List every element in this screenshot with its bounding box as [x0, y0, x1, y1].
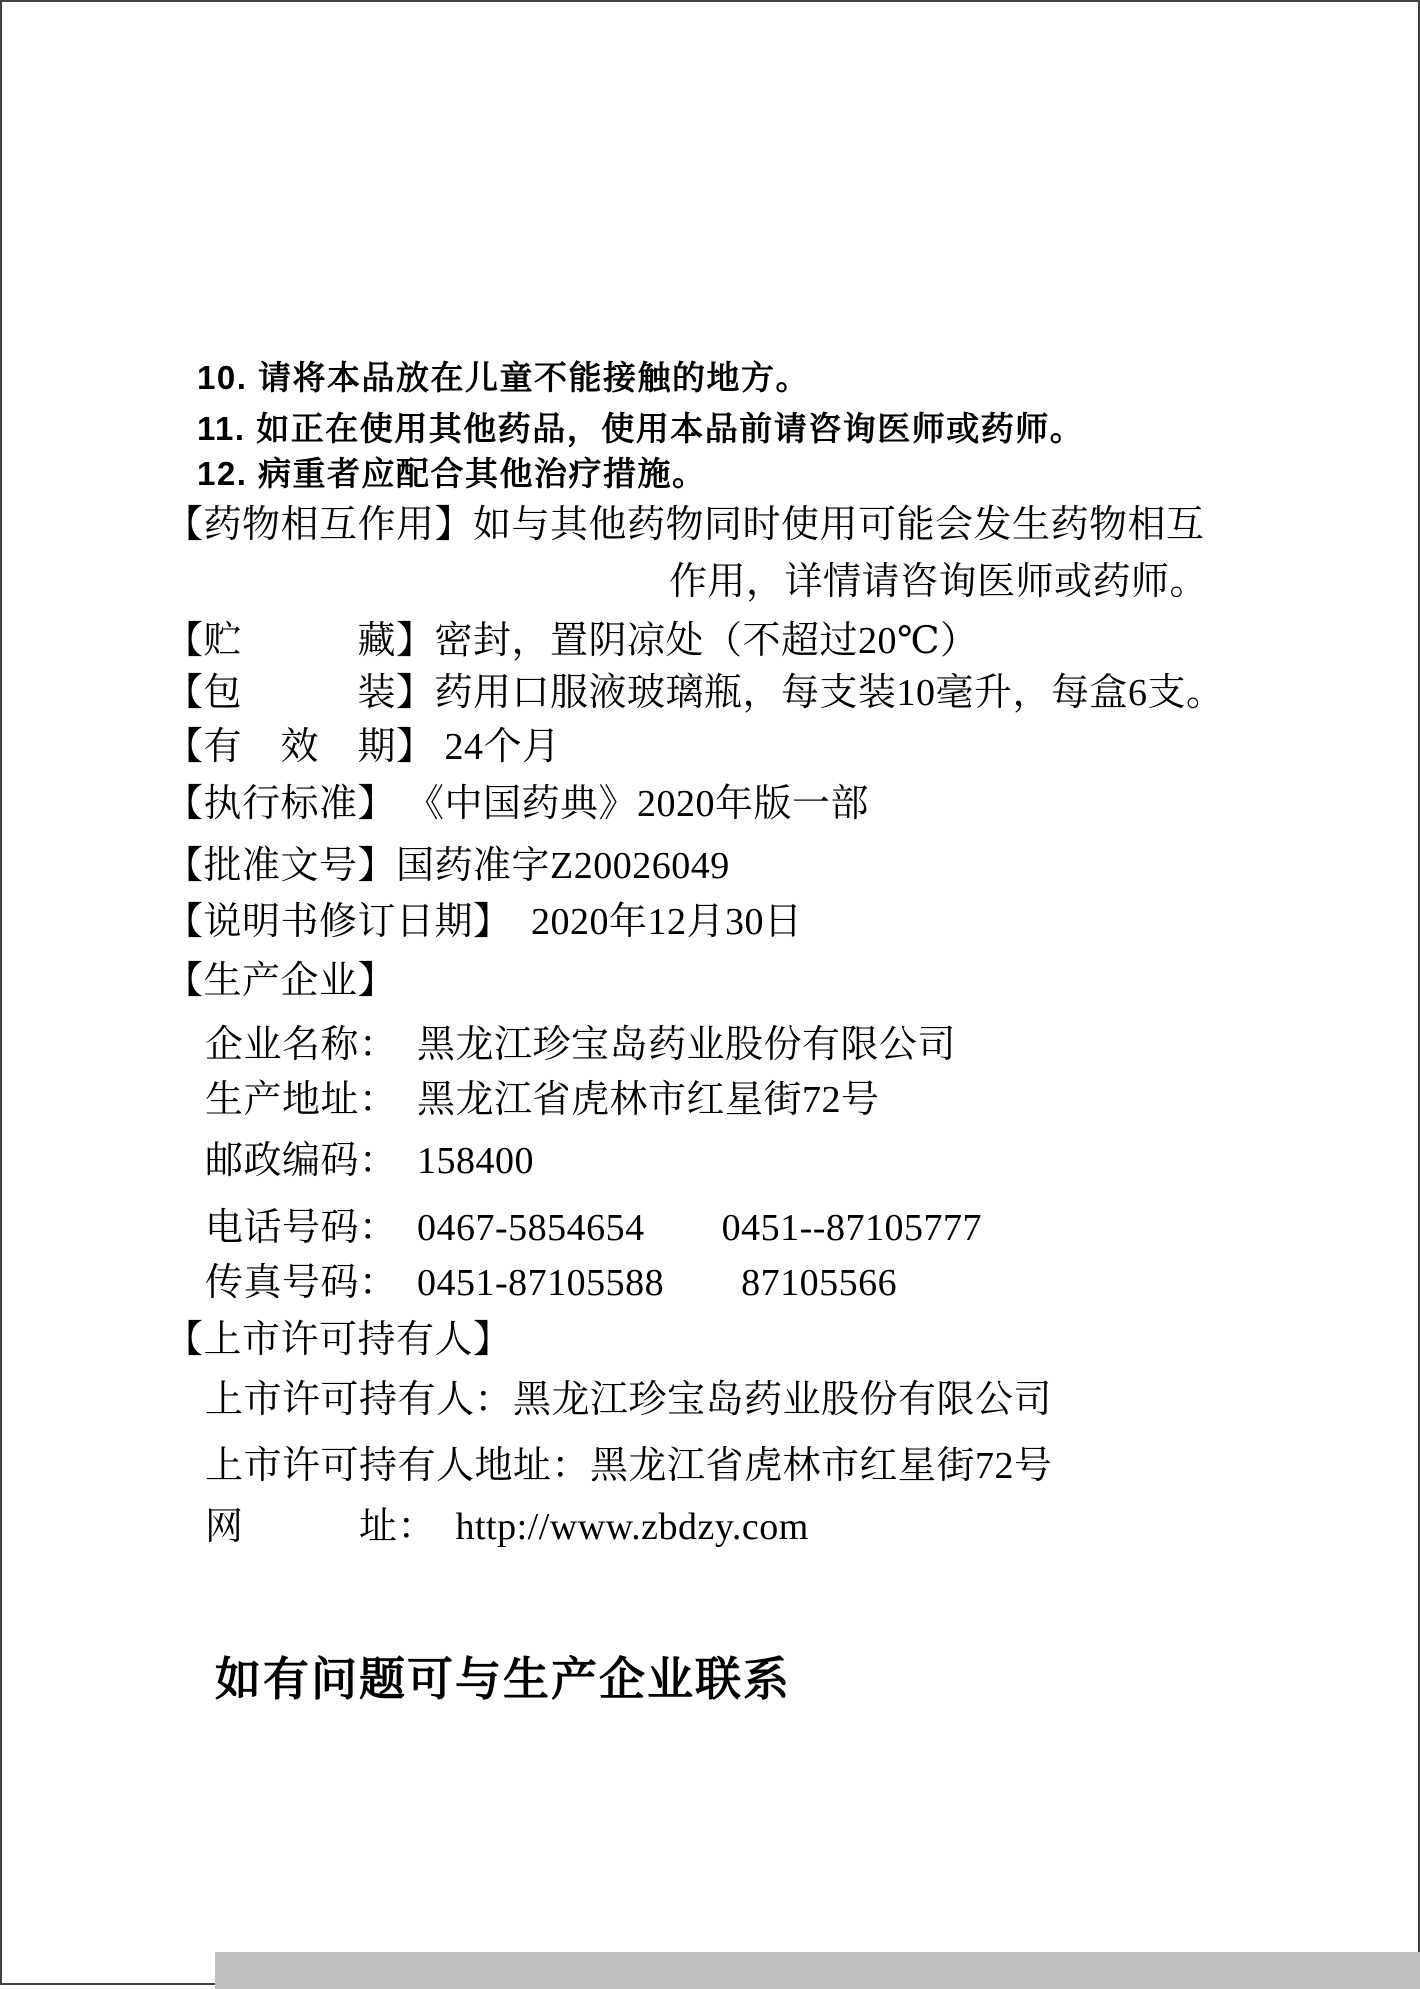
packaging-line: 【包 装】药用口服液玻璃瓶，每支装10毫升，每盒6支。: [165, 674, 1225, 714]
mah-holder-name-line: 上市许可持有人：黑龙江珍宝岛药业股份有限公司: [205, 1381, 1052, 1421]
phone-line: 电话号码： 0467-5854654 0451--87105777: [205, 1209, 982, 1249]
company-name-line: 企业名称： 黑龙江珍宝岛药业股份有限公司: [205, 1026, 956, 1066]
manufacturer-heading: 【生产企业】: [165, 962, 396, 1002]
mah-heading: 【上市许可持有人】: [165, 1321, 512, 1361]
fax-line: 传真号码： 0451-87105588 87105566: [205, 1264, 897, 1304]
production-address-line: 生产地址： 黑龙江省虎林市红星街72号: [205, 1081, 880, 1121]
precaution-item-12: 12. 病重者应配合其他治疗措施。: [197, 457, 707, 492]
mah-holder-address-line: 上市许可持有人地址：黑龙江省虎林市红星街72号: [205, 1447, 1053, 1487]
bottom-gray-bar: [215, 1952, 1420, 1989]
precaution-item-10: 10. 请将本品放在儿童不能接触的地方。: [197, 361, 810, 396]
contact-note: 如有问题可与生产企业联系: [215, 1655, 791, 1703]
drug-interaction-line1: 【药物相互作用】如与其他药物同时使用可能会发生药物相互: [165, 506, 1205, 546]
approval-number-line: 【批准文号】国药准字Z20026049: [165, 847, 730, 887]
shelf-life-line: 【有 效 期】 24个月: [165, 728, 561, 768]
precaution-item-11: 11. 如正在使用其他药品，使用本品前请咨询医师或药师。: [197, 412, 1084, 447]
drug-insert-page: 10. 请将本品放在儿童不能接触的地方。 11. 如正在使用其他药品，使用本品前…: [0, 0, 1420, 1989]
website-line: 网 址： http://www.zbdzy.com: [205, 1508, 809, 1548]
revision-date-line: 【说明书修订日期】 2020年12月30日: [165, 903, 803, 943]
storage-line: 【贮 藏】密封，置阴凉处（不超过20℃）: [165, 622, 979, 662]
standard-line: 【执行标准】 《中国药典》2020年版一部: [165, 785, 869, 825]
drug-interaction-line2: 作用，详情请咨询医师或药师。: [669, 563, 1208, 603]
postal-code-line: 邮政编码： 158400: [205, 1142, 534, 1182]
